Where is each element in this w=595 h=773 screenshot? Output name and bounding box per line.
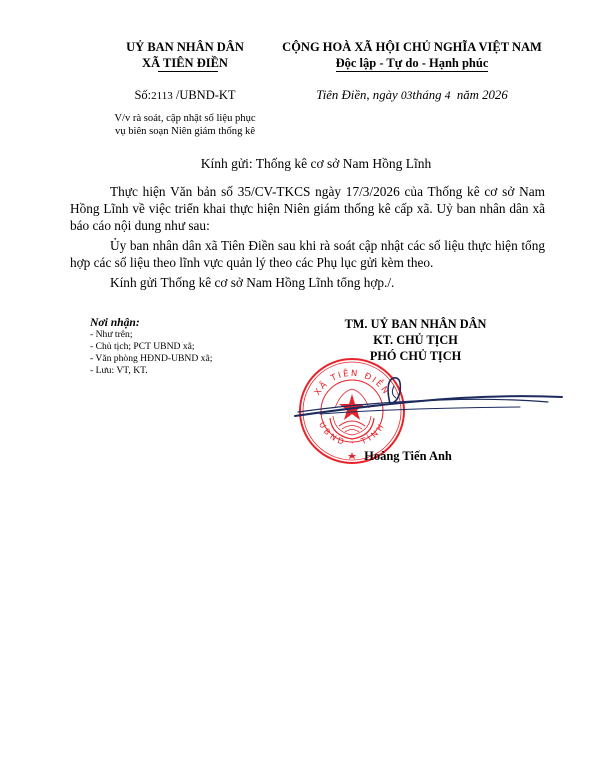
date-month-label: tháng — [412, 88, 444, 102]
recipient-item: - Chủ tịch; PCT UBND xã; — [90, 341, 290, 353]
commune-underline — [158, 71, 218, 72]
recipient-item: - Lưu: VT, KT. — [90, 365, 290, 377]
signature-title-1: TM. UỶ BAN NHÂN DÂN — [293, 316, 538, 332]
recipient-line: Kính gửi: Thống kê cơ sở Nam Hồng Lĩnh — [90, 156, 542, 172]
body-paragraph: Kính gửi Thống kê cơ sở Nam Hồng Lĩnh tổ… — [70, 274, 545, 291]
subject-line-1: V/v rà soát, cập nhật số liệu phục — [88, 112, 282, 125]
handwritten-signature-icon — [290, 372, 565, 422]
agency-name: UỶ BAN NHÂN DÂN — [90, 40, 280, 54]
recipients-list: Nơi nhận: - Như trên; - Chủ tịch; PCT UB… — [90, 316, 290, 377]
subject-line-2: vụ biên soạn Niên giám thống kê — [88, 125, 282, 138]
commune-name: XÃ TIÊN ĐIỀN — [142, 56, 228, 70]
svg-text:UBND · TỈNH: UBND · TỈNH — [317, 420, 387, 447]
doc-number-value: 2113 — [151, 90, 173, 102]
recipients-title: Nơi nhận: — [90, 316, 290, 329]
date-day: 03 — [401, 90, 413, 102]
national-title: CỘNG HOÀ XÃ HỘI CHỦ NGHĨA VIỆT NAM — [262, 40, 562, 54]
date-place-line: Tiên Điền, ngày 03tháng 4 năm 2026 — [262, 88, 562, 103]
recipient-item: - Như trên; — [90, 329, 290, 341]
doc-number-suffix: /UBND-KT — [173, 88, 236, 102]
date-year: năm 2026 — [450, 88, 507, 102]
document-subject: V/v rà soát, cập nhật số liệu phục vụ bi… — [88, 112, 282, 138]
letter-body: Thực hiện Văn bản số 35/CV-TKCS ngày 17/… — [70, 183, 545, 291]
body-paragraph: Ủy ban nhân dân xã Tiên Điền sau khi rà … — [70, 237, 545, 271]
signature-title-2: KT. CHỦ TỊCH — [293, 332, 538, 348]
recipient-item: - Văn phòng HĐND-UBND xã; — [90, 353, 290, 365]
national-motto: Độc lập - Tự do - Hạnh phúc — [336, 56, 489, 72]
doc-number-prefix: Số: — [134, 88, 151, 102]
date-place: Tiên Điền, ngày — [316, 88, 401, 102]
national-header: CỘNG HOÀ XÃ HỘI CHỦ NGHĨA VIỆT NAM Độc l… — [262, 40, 562, 72]
issuing-agency-header: UỶ BAN NHÂN DÂN XÃ TIÊN ĐIỀN — [90, 40, 280, 72]
signer-name: Hoàng Tiến Anh — [338, 449, 478, 464]
body-paragraph: Thực hiện Văn bản số 35/CV-TKCS ngày 17/… — [70, 183, 545, 234]
document-number: Số:2113 /UBND-KT — [90, 88, 280, 103]
commune-name-text: XÃ TIÊN ĐIỀN — [142, 56, 228, 70]
